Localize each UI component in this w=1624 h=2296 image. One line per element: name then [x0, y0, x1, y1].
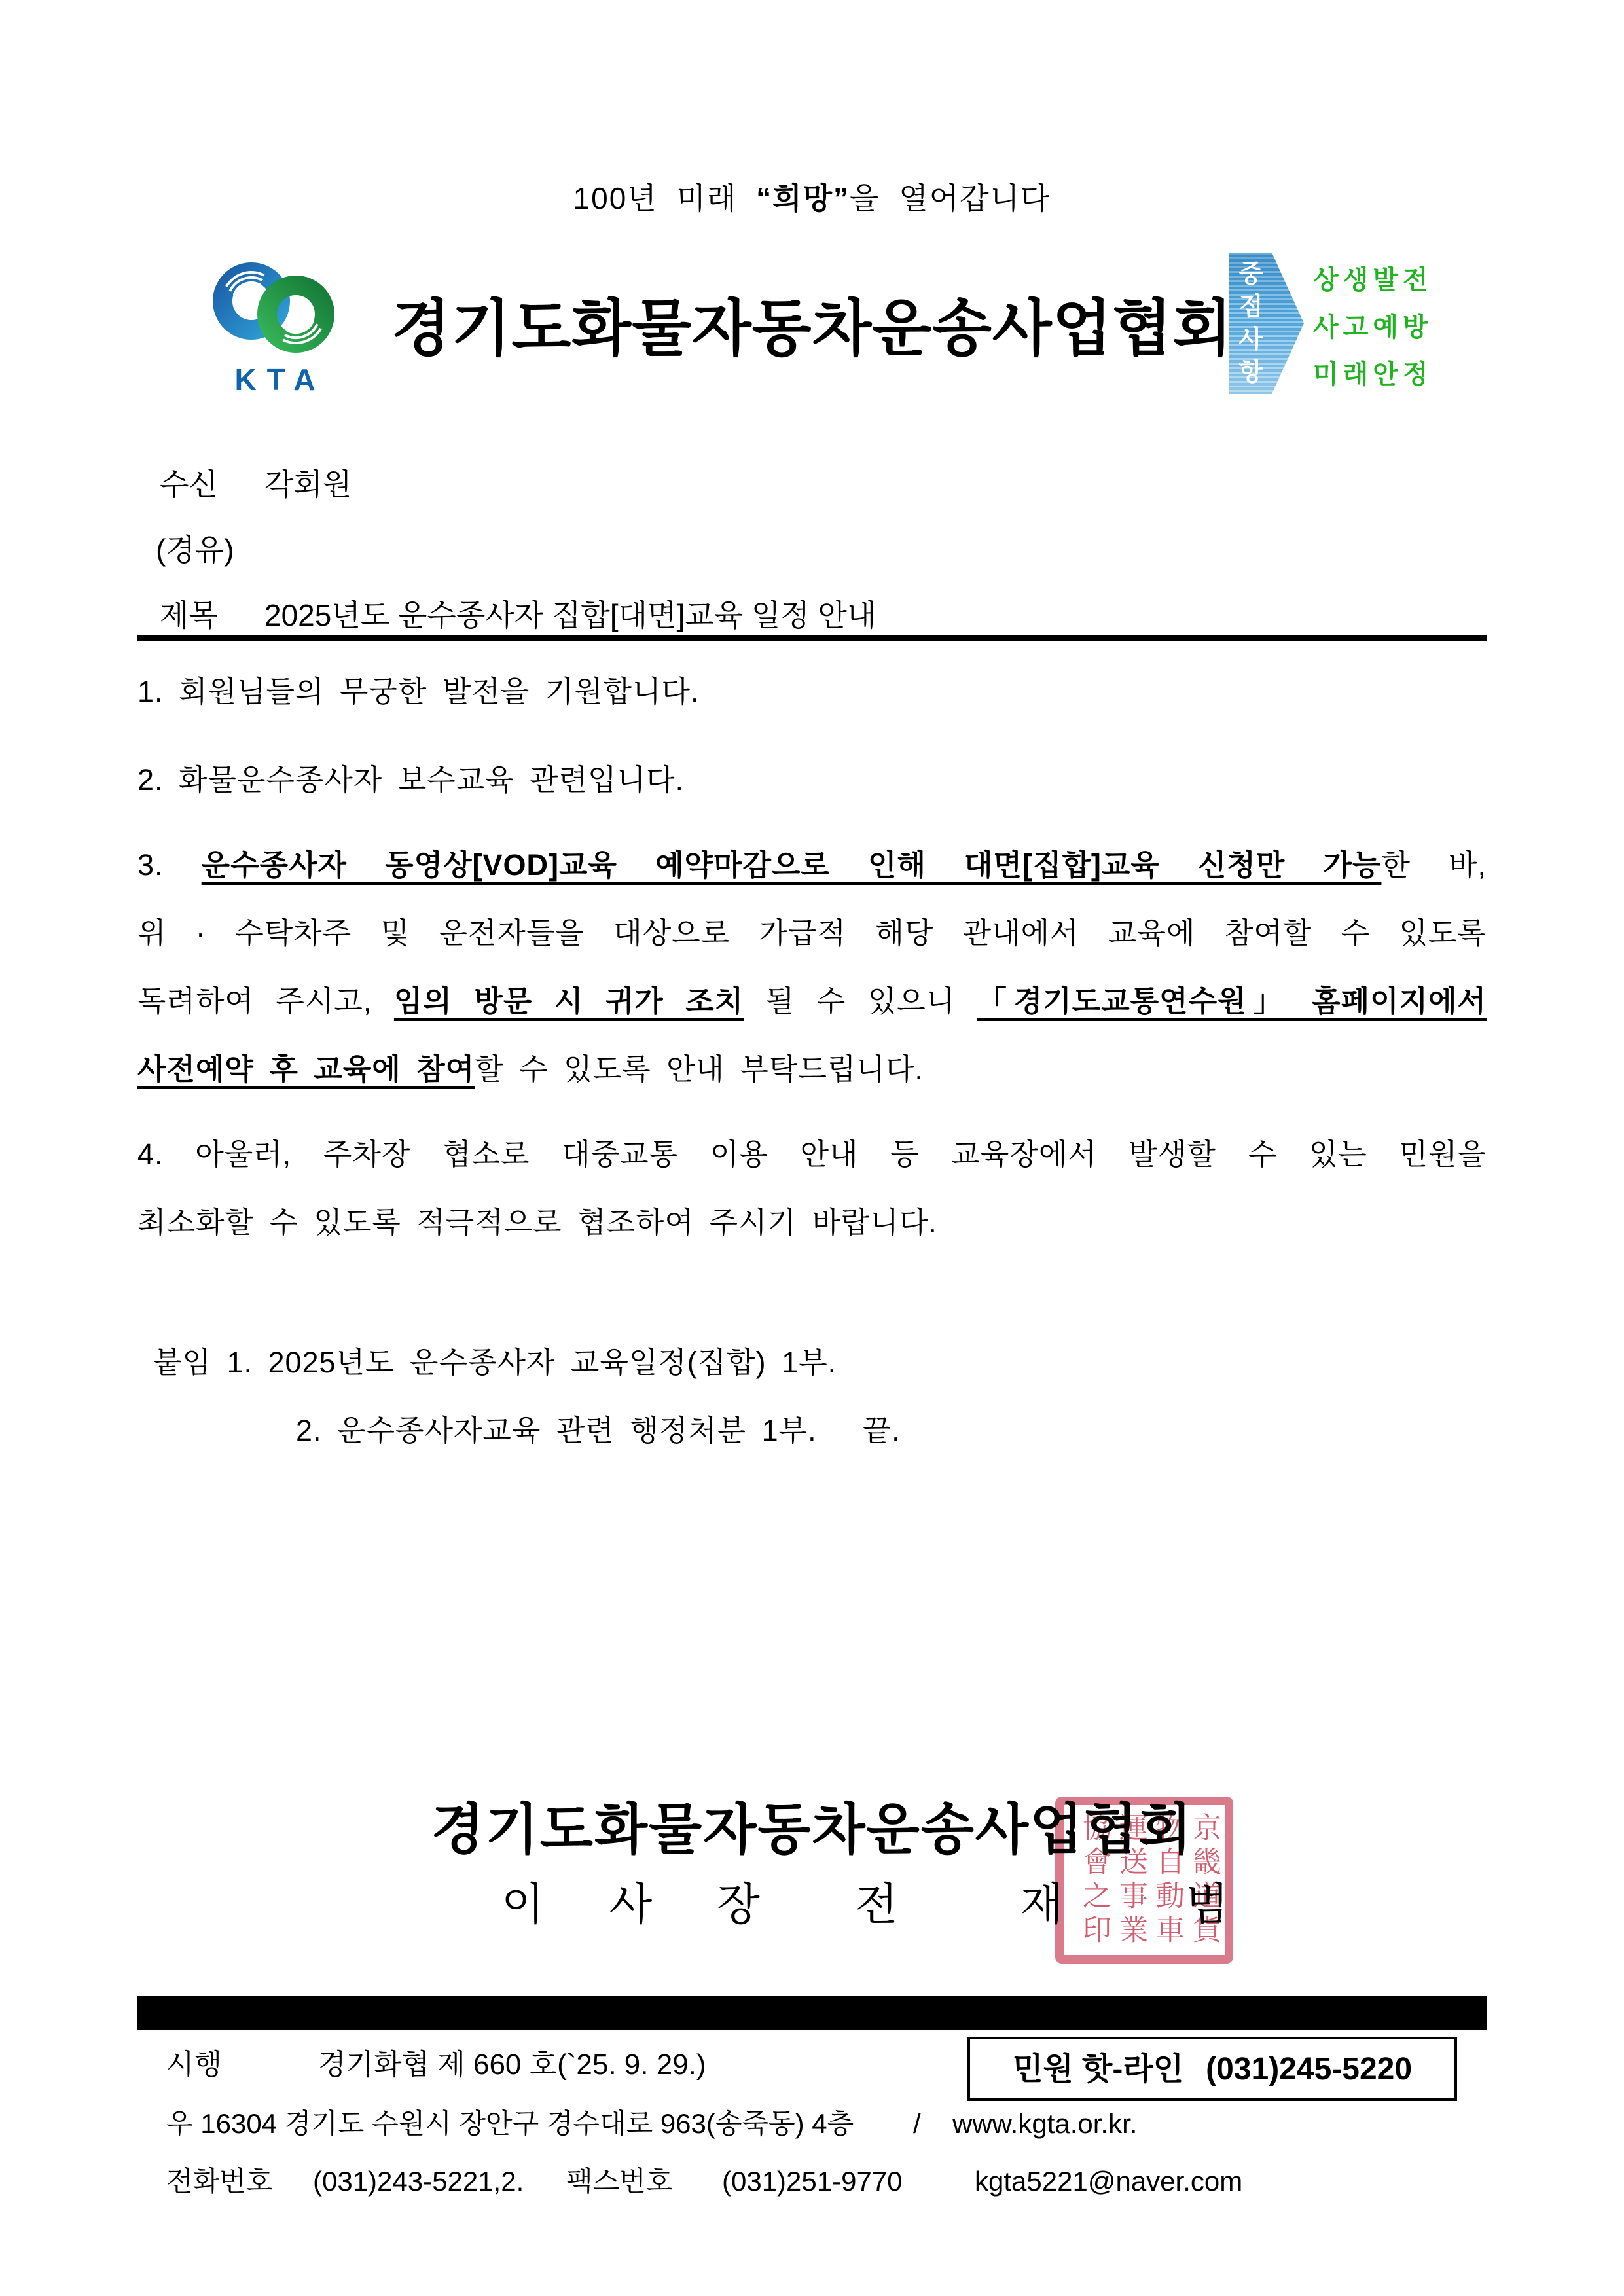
end-marker: 끝. — [863, 1414, 901, 1447]
issue-label: 시행 — [166, 2036, 222, 2094]
phone-label: 전화번호 — [166, 2152, 272, 2211]
footer-divider-bar — [137, 1996, 1487, 2030]
via-label: (경유) — [156, 533, 234, 567]
paragraph-4: 4. 아울러, 주차장 협소로 대중교통 이용 안내 등 교육장에서 발생할 수… — [137, 1121, 1487, 1257]
slogan-pre: 100년 미래 — [573, 181, 757, 215]
website-text: www.kgta.or.kr. — [952, 2094, 1137, 2153]
via-row: (경유) — [137, 517, 1487, 583]
paragraph-3-line-4: 사전예약 후 교육에 참여할 수 있도록 안내 부탁드립니다. — [137, 1035, 1487, 1103]
badge-item: 사고예방 — [1313, 304, 1433, 351]
attachments: 붙임 1. 2025년도 운수종사자 교육일정(집합) 1부. 2. 운수종사자… — [137, 1329, 1487, 1465]
issue-number: 경기화협 제 660 호(`25. 9. 29.) — [318, 2036, 706, 2094]
badge-item: 상생발전 — [1313, 257, 1433, 304]
priority-badge: 중 점 사 항 상생발전 사고예방 미래안정 — [1229, 253, 1491, 397]
badge-item: 미래안정 — [1313, 351, 1433, 398]
badge-items: 상생발전 사고예방 미래안정 — [1313, 257, 1433, 398]
fax-number: (031)251-9770 — [722, 2152, 903, 2211]
signature-row: 이 사 장 전 재 범 — [137, 1872, 1487, 1937]
paragraph-3: 3. 운수종사자 동영상[VOD]교육 예약마감으로 인해 대면[집합]교육 신… — [137, 831, 1487, 1103]
fax-label: 팩스번호 — [566, 2152, 672, 2211]
paragraph-4-line-1: 4. 아울러, 주차장 협소로 대중교통 이용 안내 등 교육장에서 발생할 수… — [137, 1121, 1487, 1189]
emphasis-underline: 사전예약 후 교육에 참여 — [137, 1052, 475, 1086]
signer-name: 전 재 범 — [855, 1872, 1284, 1937]
slogan-post: 을 열어갑니다 — [850, 181, 1051, 215]
recipient-row: 수신각회원 — [137, 452, 1487, 517]
hotline-number: (031)245-5220 — [1206, 2052, 1412, 2087]
emphasis-underline: 임의 방문 시 귀가 조치 — [394, 984, 744, 1018]
signer-title: 이 사 장 — [501, 1872, 786, 1937]
attachment-line-2: 2. 운수종사자교육 관련 행정처분 1부.끝. — [153, 1397, 1487, 1465]
address-separator: / — [913, 2094, 921, 2153]
paragraph-4-line-2: 최소화할 수 있도록 적극적으로 협조하여 주시기 바랍니다. — [137, 1189, 1487, 1257]
address-row: 우 16304 경기도 수원시 장안구 경수대로 963(송죽동) 4층 / w… — [137, 2094, 1487, 2153]
slogan-emphasis: “희망” — [756, 181, 850, 215]
paragraph-1: 1. 회원님들의 무궁한 발전을 기원합니다. — [137, 658, 1487, 726]
emphasis-underline: 「경기도교통연수원」 홈페이지에서 — [977, 984, 1487, 1018]
top-slogan: 100년 미래 “희망”을 열어갑니다 — [0, 175, 1624, 221]
recipient-label: 수신 — [160, 452, 264, 517]
subject-value: 2025년도 운수종사자 집합[대면]교육 일정 안내 — [264, 598, 876, 632]
emphasis-underline: 운수종사자 동영상[VOD]교육 예약마감으로 인해 대면[집합]교육 신청만 … — [202, 848, 1382, 882]
paragraph-3-line-3: 독려하여 주시고, 임의 방문 시 귀가 조치 될 수 있으니 「경기도교통연수… — [137, 967, 1487, 1035]
recipient-value: 각회원 — [264, 467, 352, 501]
paragraph-3-line-1: 3. 운수종사자 동영상[VOD]교육 예약마감으로 인해 대면[집합]교육 신… — [137, 831, 1487, 899]
address-text: 우 16304 경기도 수원시 장안구 경수대로 963(송죽동) 4층 — [166, 2094, 854, 2153]
paragraph-2: 2. 화물운수종사자 보수교육 관련입니다. — [137, 746, 1487, 814]
paragraph-3-line-2: 위 · 수탁차주 및 운전자들을 대상으로 가급적 해당 관내에서 교육에 참여… — [137, 899, 1487, 967]
hotline-box: 민원 핫-라인(031)245-5220 — [967, 2037, 1457, 2101]
signature-org: 경기도화물자동차운송사업협회 — [0, 1793, 1624, 1865]
email-text: kgta5221@naver.com — [975, 2152, 1242, 2211]
hotline-label: 민원 핫-라인 — [1013, 2052, 1183, 2087]
attachment-line-1: 붙임 1. 2025년도 운수종사자 교육일정(집합) 1부. — [153, 1329, 1487, 1397]
phone-row: 전화번호 (031)243-5221,2. 팩스번호 (031)251-9770… — [137, 2152, 1487, 2211]
subject-divider — [137, 635, 1487, 641]
document-page: 100년 미래 “희망”을 열어갑니다 KTA — [0, 0, 1624, 2296]
phone-number: (031)243-5221,2. — [313, 2152, 524, 2211]
badge-label: 중 점 사 항 — [1229, 258, 1272, 389]
